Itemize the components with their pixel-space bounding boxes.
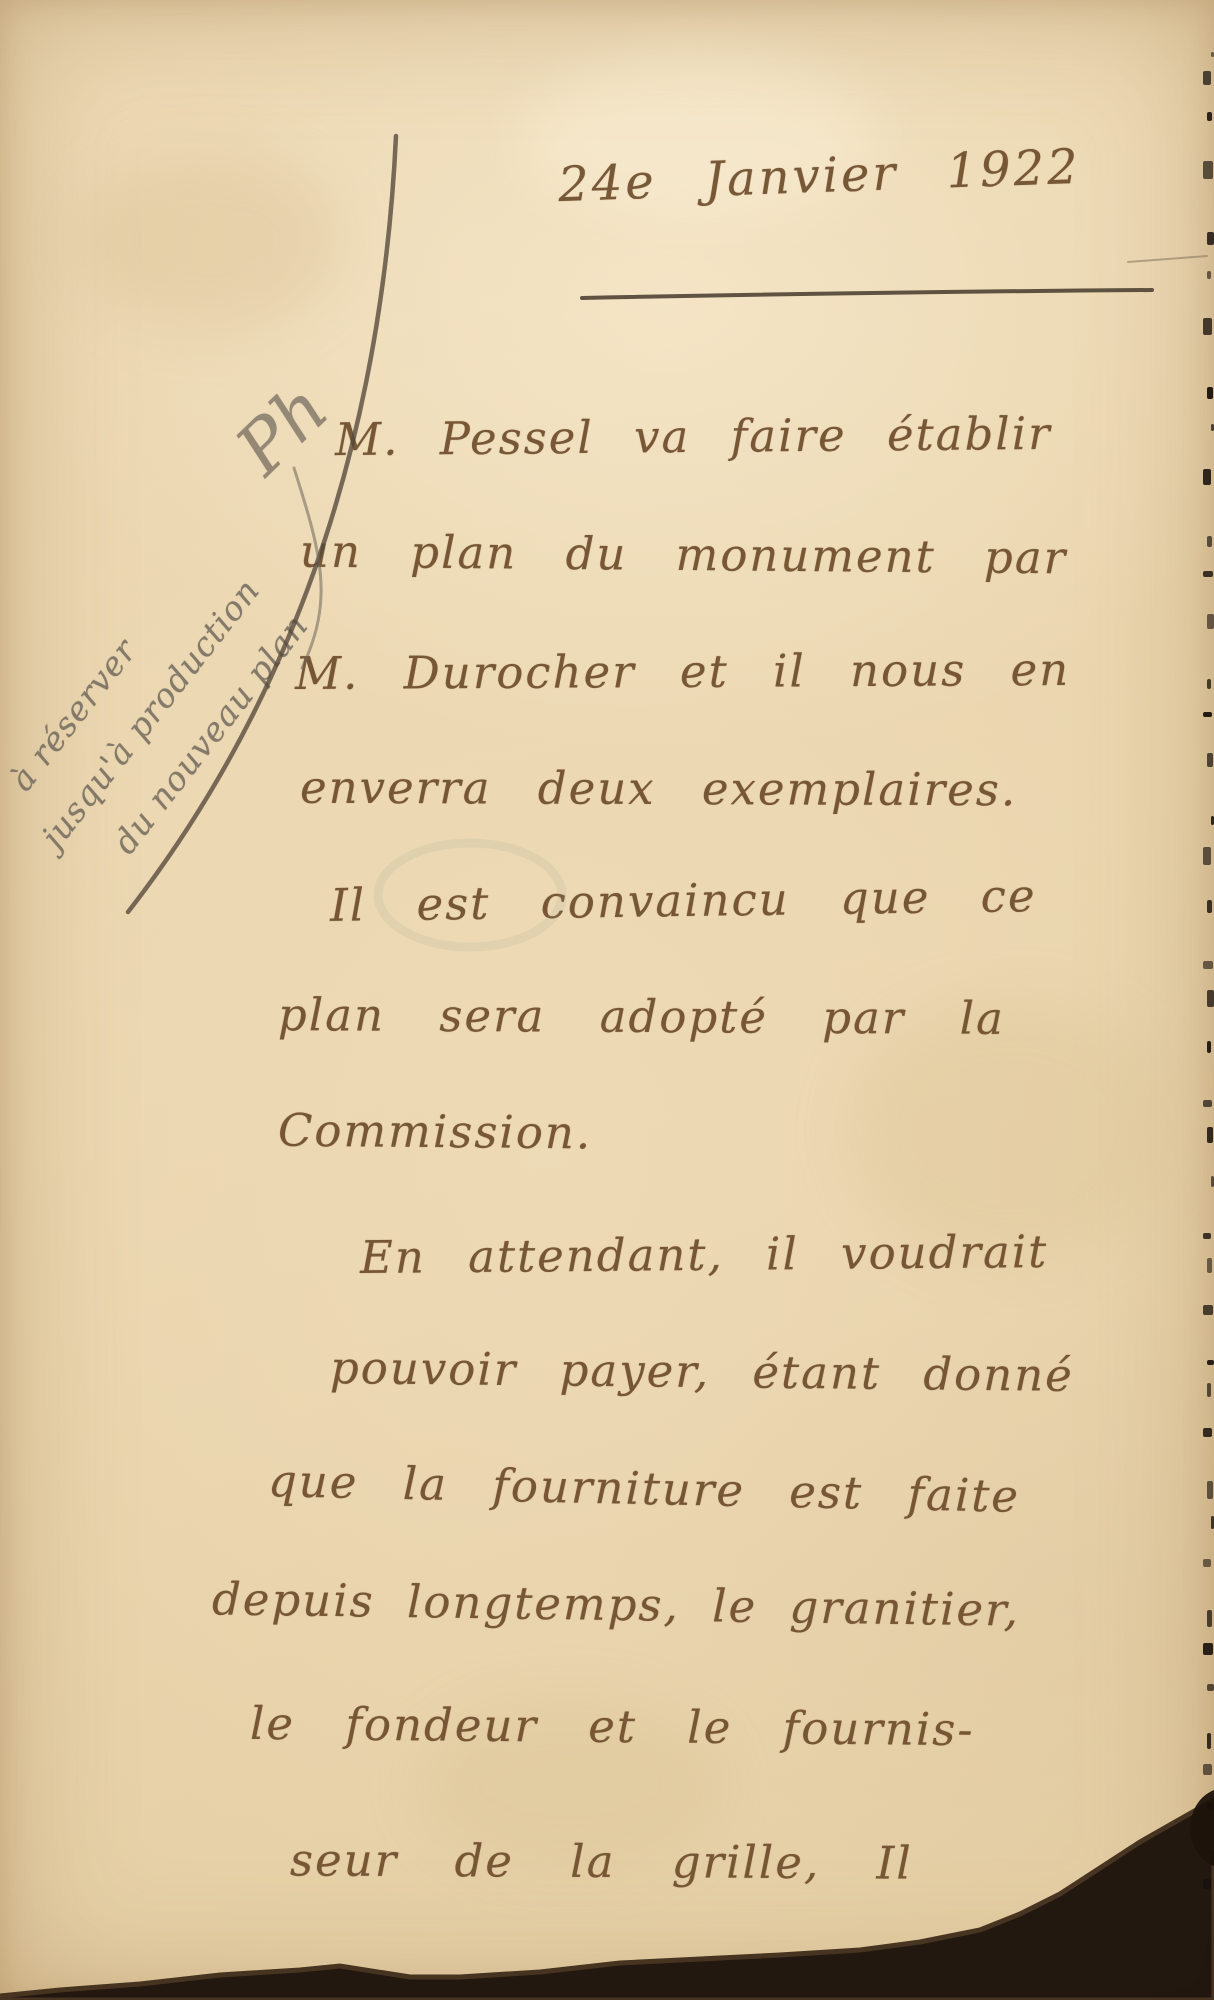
edge-dash — [1203, 1305, 1213, 1315]
edge-dash — [1203, 469, 1211, 485]
edge-dash — [1203, 961, 1213, 969]
edge-dash — [1203, 571, 1213, 577]
body-line: En attendant, il voudrait — [360, 1225, 1049, 1284]
margin-note-paraph: Ph — [220, 367, 343, 490]
body-line: depuis longtemps, le granitier, — [212, 1572, 1021, 1636]
letter-page: 24e Janvier 1922 à réserver jusqu'à prod… — [0, 0, 1214, 2000]
edge-dash — [1203, 71, 1211, 85]
body-line: M. Pessel va faire établir — [335, 407, 1052, 466]
paper-mottle — [80, 150, 340, 330]
body-line: seur de la grille, Il — [290, 1833, 913, 1889]
edge-dash — [1207, 1041, 1211, 1053]
edge-dash — [1207, 536, 1212, 547]
edge-dash — [1203, 161, 1213, 179]
margin-note: à réserver jusqu'à production du nouveau… — [0, 527, 325, 879]
edge-dash — [1203, 1643, 1213, 1655]
edge-dash — [1207, 1258, 1212, 1273]
edge-dash — [1203, 1879, 1211, 1889]
edge-dash — [1203, 712, 1212, 717]
torn-bottom-edge — [0, 1800, 1214, 2000]
edge-dash — [1207, 387, 1213, 399]
body-line: Commission. — [278, 1104, 593, 1160]
date-text: 24e Janvier 1922 — [557, 139, 1081, 213]
edge-dash — [1207, 1684, 1214, 1691]
edge-dash — [1203, 1100, 1212, 1107]
body-line: que la fourniture est faite — [268, 1454, 1021, 1523]
edge-dash — [1207, 1610, 1212, 1627]
edge-dash — [1207, 900, 1212, 913]
edge-dash — [1207, 1360, 1214, 1365]
edge-dash — [1207, 753, 1213, 767]
edge-dash — [1207, 271, 1211, 279]
body-line: le fondeur et le fournis- — [250, 1697, 975, 1756]
edge-dash — [1207, 1803, 1213, 1809]
body-line: enverra deux exemplaires. — [300, 761, 1017, 817]
edge-dash — [1203, 1233, 1211, 1239]
body-line: un plan du monument par — [300, 525, 1068, 585]
body-line: Il est convaincu que ce — [330, 869, 1037, 932]
edge-dash — [1207, 679, 1211, 689]
edge-dash — [1207, 232, 1214, 245]
date-underline-edge-segment — [1128, 256, 1207, 262]
date-underline — [582, 290, 1152, 298]
edge-dash — [1203, 1559, 1211, 1567]
edge-dash — [1203, 318, 1212, 335]
body-line: M. Durocher et il nous en — [295, 643, 1070, 700]
edge-dash — [1207, 1127, 1213, 1143]
edge-dash — [1203, 847, 1211, 865]
edge-dash — [1207, 1383, 1211, 1397]
edge-dash — [1203, 1428, 1212, 1437]
edge-dash — [1207, 990, 1214, 1007]
body-line: pouvoir payer, étant donné — [330, 1341, 1074, 1402]
edge-dash — [1207, 614, 1214, 629]
edge-dash — [1203, 1764, 1212, 1775]
edge-dash — [1207, 1733, 1211, 1749]
edge-dash — [1207, 112, 1212, 121]
edge-dash — [1207, 1481, 1213, 1499]
body-line: plan sera adopté par la — [278, 988, 1005, 1045]
